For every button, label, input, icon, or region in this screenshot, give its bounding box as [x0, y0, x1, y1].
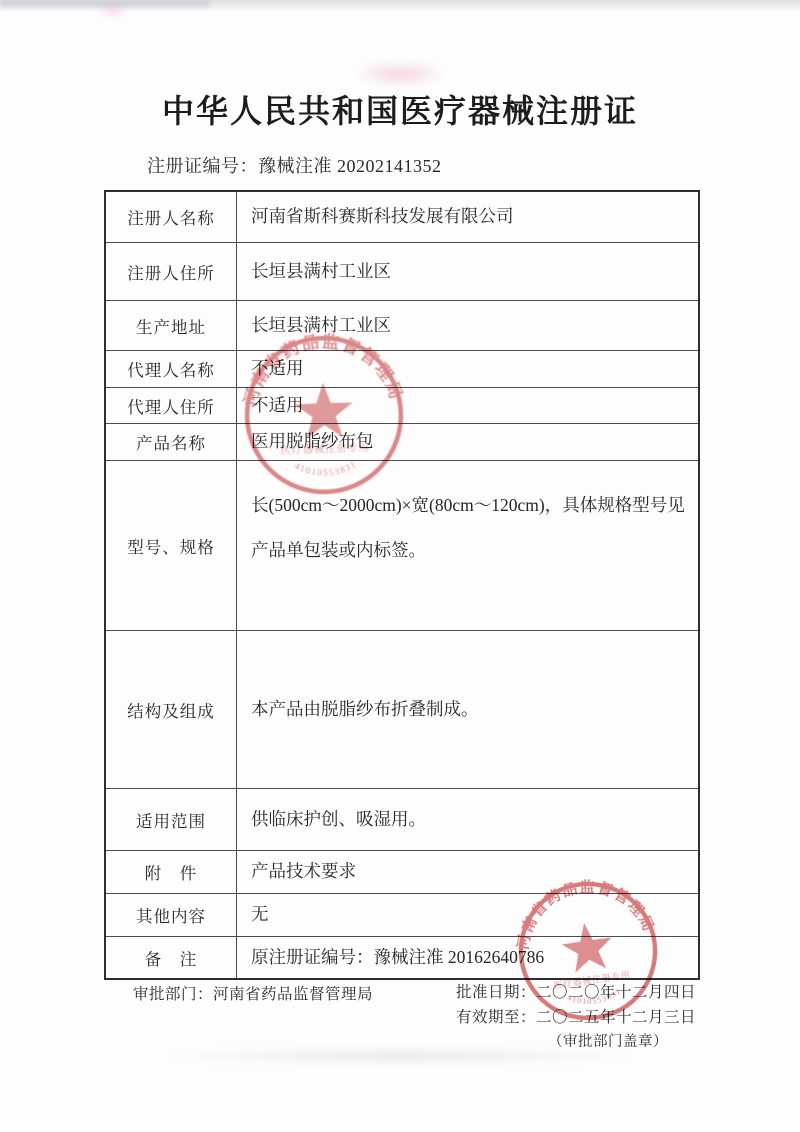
ink-smudge [352, 60, 448, 88]
row-label: 型号、规格 [106, 461, 237, 630]
registration-number-line: 注册证编号：豫械注准 20202141352 [147, 152, 442, 178]
row-value: 长垣县满村工业区 [237, 301, 698, 350]
row-label: 其他内容 [106, 894, 237, 936]
certificate-page: { "page": { "title": "中华人民共和国医疗器械注册证", "… [0, 0, 800, 1132]
table-row: 代理人名称 不适用 [106, 350, 698, 387]
approval-department-label: 审批部门： [133, 986, 213, 1003]
registration-number-value: 豫械注准 20202141352 [258, 156, 442, 176]
row-label: 注册人名称 [106, 192, 237, 242]
table-row: 附 件 产品技术要求 [106, 850, 698, 893]
row-value: 无 [237, 894, 698, 936]
row-label: 注册人住所 [106, 243, 237, 300]
row-label: 适用范围 [106, 789, 237, 850]
certificate-table: 注册人名称 河南省斯科赛斯科技发展有限公司 注册人住所 长垣县满村工业区 生产地… [104, 190, 700, 980]
row-label: 代理人住所 [106, 388, 237, 423]
row-value: 医用脱脂纱布包 [237, 424, 698, 460]
valid-until-line: 有效期至：二〇二五年十二月三日 [456, 1005, 696, 1027]
row-value: 本产品由脱脂纱布折叠制成。 [237, 631, 698, 788]
table-row: 注册人名称 河南省斯科赛斯科技发展有限公司 [106, 192, 698, 242]
table-row: 型号、规格 长(500cm～2000cm)×宽(80cm～120cm)，具体规格… [106, 460, 698, 630]
registration-number-label: 注册证编号： [147, 156, 258, 176]
approval-date-label: 批准日期： [456, 984, 536, 1001]
row-label: 结构及组成 [106, 631, 237, 788]
row-label: 备 注 [106, 937, 237, 978]
table-row: 产品名称 医用脱脂纱布包 [106, 423, 698, 460]
row-label: 代理人名称 [106, 351, 237, 387]
row-label: 生产地址 [106, 301, 237, 350]
row-value: 不适用 [237, 351, 698, 387]
row-value: 原注册证编号：豫械注准 20162640786 [237, 937, 698, 978]
approval-department-value: 河南省药品监督管理局 [213, 986, 373, 1003]
approval-date-value: 二〇二〇年十二月四日 [536, 984, 696, 1001]
row-label: 附 件 [106, 851, 237, 893]
row-value: 产品技术要求 [237, 851, 698, 893]
page-title: 中华人民共和国医疗器械注册证 [0, 86, 800, 132]
table-row: 注册人住所 长垣县满村工业区 [106, 242, 698, 300]
ink-smudge [96, 2, 130, 18]
table-row: 适用范围 供临床护创、吸湿用。 [106, 788, 698, 850]
table-row: 结构及组成 本产品由脱脂纱布折叠制成。 [106, 630, 698, 788]
row-value: 长(500cm～2000cm)×宽(80cm～120cm)，具体规格型号见产品单… [237, 461, 698, 630]
approval-department-line: 审批部门：河南省药品监督管理局 [133, 982, 373, 1004]
valid-until-label: 有效期至： [456, 1009, 536, 1026]
table-row: 生产地址 长垣县满村工业区 [106, 300, 698, 350]
row-label: 产品名称 [106, 424, 237, 460]
table-row: 其他内容 无 [106, 893, 698, 936]
valid-until-value: 二〇二五年十二月三日 [536, 1009, 696, 1026]
row-value: 长垣县满村工业区 [237, 243, 698, 300]
row-value: 供临床护创、吸湿用。 [237, 789, 698, 850]
row-value: 河南省斯科赛斯科技发展有限公司 [237, 192, 698, 242]
approval-date-line: 批准日期：二〇二〇年十二月四日 [456, 980, 696, 1002]
row-value: 不适用 [237, 388, 698, 423]
table-row: 代理人住所 不适用 [106, 387, 698, 423]
table-row: 备 注 原注册证编号：豫械注准 20162640786 [106, 936, 698, 978]
seal-note: （审批部门盖章） [456, 1030, 668, 1051]
